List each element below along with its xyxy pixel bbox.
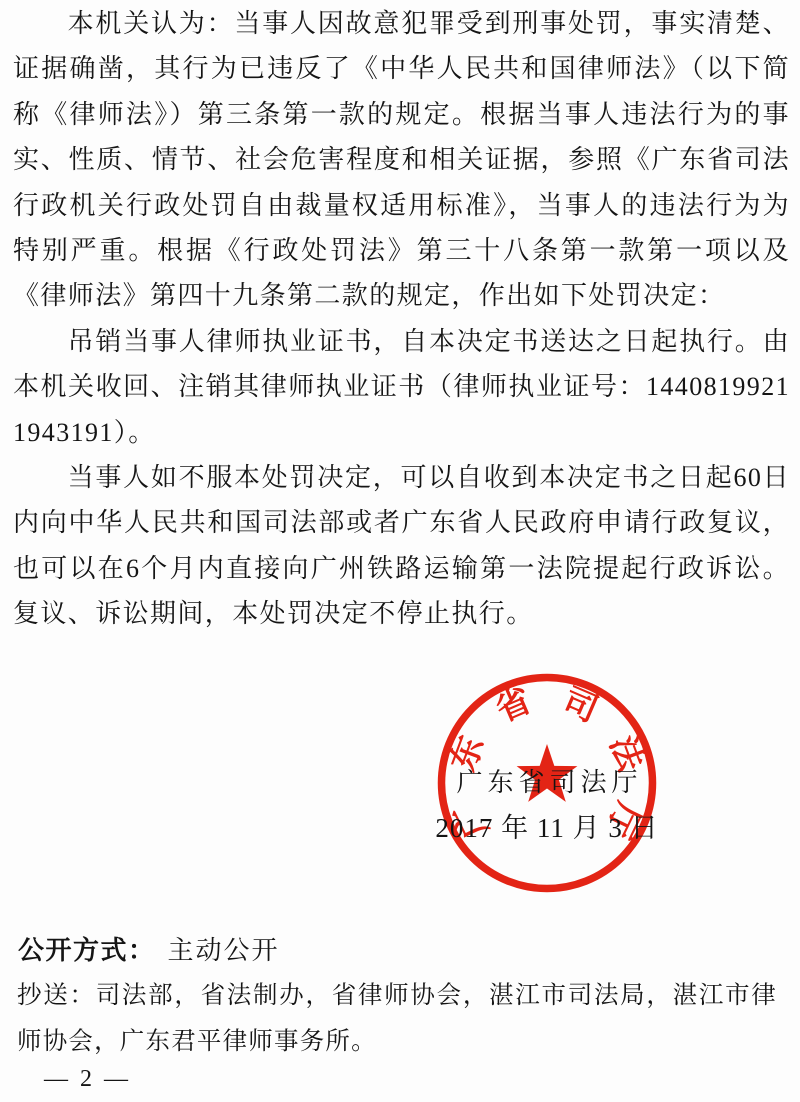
issuing-authority: 广东省司法厅	[427, 762, 667, 799]
document-body: 本机关认为：当事人因故意犯罪受到刑事处罚，事实清楚、证据确凿，其行为已违反了《中…	[13, 1, 790, 637]
paragraph-penalty-decision: 吊销当事人律师执业证书，自本决定书送达之日起执行。由本机关收回、注销其律师执业证…	[13, 319, 790, 455]
cc-value: 司法部，省法制办，省律师协会，湛江市司法局，湛江市律师协会，广东君平律师事务所。	[17, 982, 777, 1055]
disclosure-value: 主动公开	[168, 936, 280, 965]
page-number: — 2 —	[44, 1066, 131, 1093]
signature-block: 广东省司法厅 2017 年 11 月 3 日	[427, 663, 667, 903]
paragraph-findings: 本机关认为：当事人因故意犯罪受到刑事处罚，事实清楚、证据确凿，其行为已违反了《中…	[13, 1, 790, 319]
paragraph-appeal-rights: 当事人如不服本处罚决定，可以自收到本决定书之日起60日内向中华人民共和国司法部或…	[13, 455, 790, 637]
official-seal: 广东省司法厅 广东省司法厅 2017 年 11 月 3 日	[427, 663, 667, 903]
disclosure-label: 公开方式：	[18, 935, 156, 965]
issue-date: 2017 年 11 月 3 日	[413, 806, 681, 845]
disclosure-line: 公开方式：主动公开	[18, 930, 280, 967]
cc-line: 抄送：司法部，省法制办，省律师协会，湛江市司法局，湛江市律师协会，广东君平律师事…	[17, 973, 777, 1064]
cc-label: 抄送：	[17, 982, 96, 1009]
document-page: 本机关认为：当事人因故意犯罪受到刑事处罚，事实清楚、证据确凿，其行为已违反了《中…	[0, 0, 800, 1102]
